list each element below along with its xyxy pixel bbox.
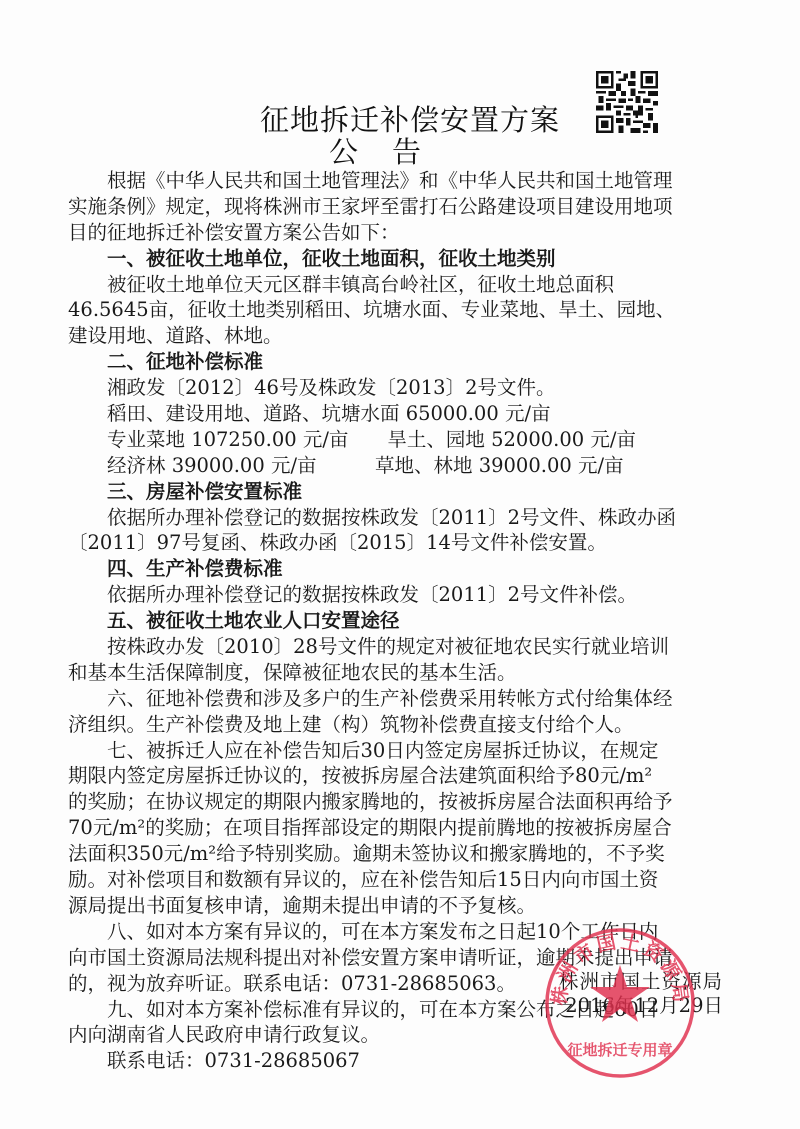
paragraph-7-line: 的奖励；在协议规定的期限内搬家腾地的，按被拆房屋合法面积再给予 — [68, 789, 728, 815]
paragraph-7-line: 七、被拆迁人应在补偿告知后30日内签定房屋拆迁协议，在规定 — [68, 738, 728, 764]
section-heading-2: 二、征地补偿标准 — [68, 349, 728, 375]
notice-page: 征地拆迁补偿安置方案 公告 — [0, 0, 800, 1129]
paragraph-7-line: 期限内签定房屋拆迁协议的，按被拆房屋合法建筑面积给予80元/m² — [68, 763, 728, 789]
contact-phone: 联系电话：0731-28685067 — [68, 1048, 728, 1074]
qr-code-icon — [596, 70, 658, 134]
paragraph-7-line: 70元/m²的奖励；在项目指挥部设定的期限内提前腾地的按被拆房屋合 — [68, 815, 728, 841]
rate-line: 专业菜地 107250.00 元/亩 旱土、园地 52000.00 元/亩 — [68, 427, 728, 453]
notice-body: 根据《中华人民共和国土地管理法》和《中华人民共和国土地管理 实施条例》规定，现将… — [68, 168, 728, 1074]
paragraph-6-line: 六、征地补偿费和涉及多户的生产补偿费采用转帐方式付给集体经 — [68, 686, 728, 712]
signature-date: 2016年12月29日 — [565, 990, 723, 1018]
intro-line: 目的征地拆迁补偿安置方案公告如下： — [68, 220, 728, 246]
paragraph-8-line: 八、如对本方案有异议的，可在本方案发布之日起10个工作日内 — [68, 919, 728, 945]
section-heading-5: 五、被征收土地农业人口安置途径 — [68, 608, 728, 634]
paragraph-9-line: 内向湖南省人民政府申请行政复议。 — [68, 1022, 728, 1048]
section-line: 按株政办发〔2010〕28号文件的规定对被征地农民实行就业培训 — [68, 634, 728, 660]
section-line: 被征收土地单位天元区群丰镇高台岭社区，征收土地总面积 — [68, 272, 728, 298]
rate-line: 经济林 39000.00 元/亩 草地、林地 39000.00 元/亩 — [68, 453, 728, 479]
section-line: 和基本生活保障制度，保障被征地农民的基本生活。 — [68, 660, 728, 686]
intro-line: 实施条例》规定，现将株洲市王家坪至雷打石公路建设项目建设用地项 — [68, 194, 728, 220]
document-subtitle: 公告 — [0, 130, 792, 171]
intro-line: 根据《中华人民共和国土地管理法》和《中华人民共和国土地管理 — [68, 168, 728, 194]
paragraph-7-line: 源局提出书面复核申请，逾期未提出申请的不予复核。 — [68, 893, 728, 919]
section-line: 依据所办理补偿登记的数据按株政发〔2011〕2号文件补偿。 — [68, 582, 728, 608]
section-line: 46.5645亩，征收土地类别稻田、坑塘水面、专业菜地、旱土、园地、 — [68, 297, 728, 323]
paragraph-7-line: 励。对补偿项目和数额有异议的，应在补偿告知后15日内向市国土资 — [68, 867, 728, 893]
section-heading-4: 四、生产补偿费标准 — [68, 556, 728, 582]
paragraph-6-line: 济组织。生产补偿费及地上建（构）筑物补偿费直接支付给个人。 — [68, 712, 728, 738]
section-line: 〔2011〕97号复函、株政办函〔2015〕14号文件补偿安置。 — [68, 530, 728, 556]
section-line: 依据所办理补偿登记的数据按株政发〔2011〕2号文件、株政办函 — [68, 505, 728, 531]
paragraph-7-line: 法面积350元/m²给予特别奖励。逾期未签协议和搬家腾地的，不予奖 — [68, 841, 728, 867]
section-line: 建设用地、道路、林地。 — [68, 323, 728, 349]
section-line: 湘政发〔2012〕46号及株政发〔2013〕2号文件。 — [68, 375, 728, 401]
section-heading-1: 一、被征收土地单位，征收土地面积，征收土地类别 — [68, 246, 728, 272]
rate-line: 稻田、建设用地、道路、坑塘水面 65000.00 元/亩 — [68, 401, 728, 427]
section-heading-3: 三、房屋补偿安置标准 — [68, 479, 728, 505]
